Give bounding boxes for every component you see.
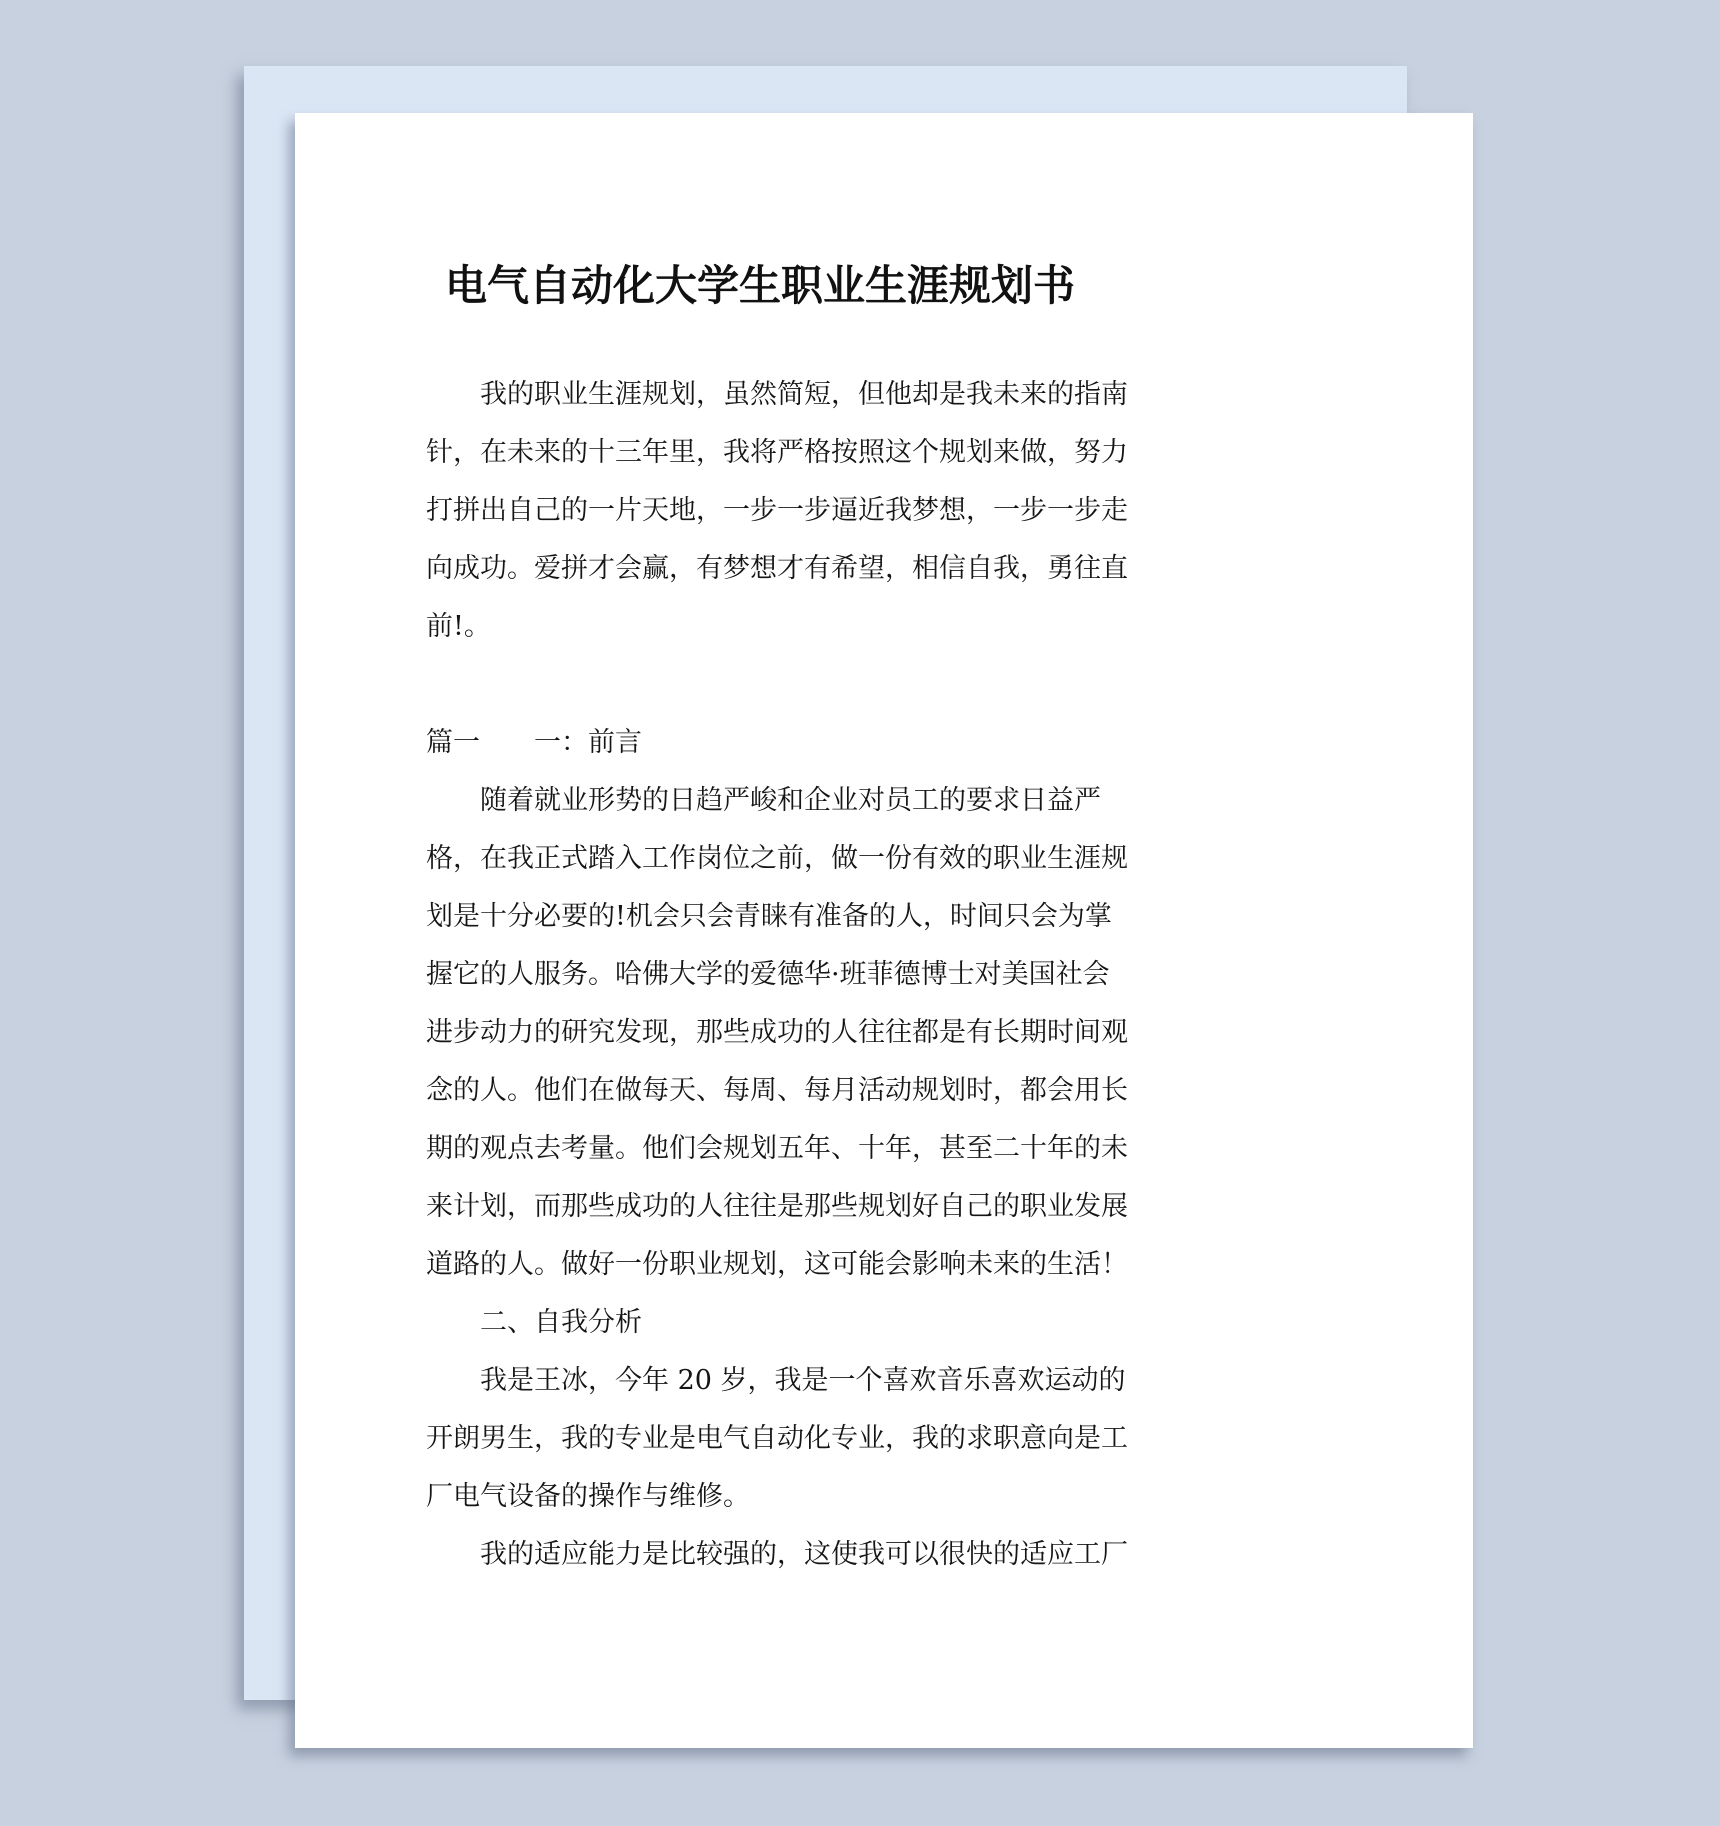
text-line: 二、自我分析 bbox=[426, 1294, 1094, 1352]
document-page: 电气自动化大学生职业生涯规划书 我的职业生涯规划，虽然简短，但他却是我未来的指南… bbox=[295, 113, 1473, 1748]
text-line: 随着就业形势的日趋严峻和企业对员工的要求日益严 bbox=[426, 772, 1094, 830]
text-line: 进步动力的研究发现，那些成功的人往往都是有长期时间观 bbox=[426, 1004, 1094, 1062]
text-line: 篇一 一：前言 bbox=[426, 714, 1094, 772]
text-line: 划是十分必要的!机会只会青睐有准备的人，时间只会为掌 bbox=[426, 888, 1094, 946]
text-line: 格，在我正式踏入工作岗位之前，做一份有效的职业生涯规 bbox=[426, 830, 1094, 888]
text-line: 厂电气设备的操作与维修。 bbox=[426, 1468, 1094, 1526]
text-line: 期的观点去考量。他们会规划五年、十年，甚至二十年的未 bbox=[426, 1120, 1094, 1178]
text-line: 开朗男生，我的专业是电气自动化专业，我的求职意向是工 bbox=[426, 1410, 1094, 1468]
text-line: 前!。 bbox=[426, 598, 1094, 656]
text-line: 来计划，而那些成功的人往往是那些规划好自己的职业发展 bbox=[426, 1178, 1094, 1236]
text-line: 针，在未来的十三年里，我将严格按照这个规划来做，努力 bbox=[426, 424, 1094, 482]
text-line: 握它的人服务。哈佛大学的爱德华·班菲德博士对美国社会 bbox=[426, 946, 1094, 1004]
blank-line bbox=[426, 656, 1094, 714]
document-title: 电气自动化大学生职业生涯规划书 bbox=[426, 251, 1094, 321]
text-line: 道路的人。做好一份职业规划，这可能会影响未来的生活！ bbox=[426, 1236, 1094, 1294]
text-line: 向成功。爱拼才会赢，有梦想才有希望，相信自我，勇往直 bbox=[426, 540, 1094, 598]
text-line: 念的人。他们在做每天、每周、每月活动规划时，都会用长 bbox=[426, 1062, 1094, 1120]
text-line: 我的适应能力是比较强的，这使我可以很快的适应工厂 bbox=[426, 1526, 1094, 1584]
text-line: 我的职业生涯规划，虽然简短，但他却是我未来的指南 bbox=[426, 366, 1094, 424]
text-line: 打拼出自己的一片天地，一步一步逼近我梦想，一步一步走 bbox=[426, 482, 1094, 540]
document-lines: 我的职业生涯规划，虽然简短，但他却是我未来的指南针，在未来的十三年里，我将严格按… bbox=[426, 366, 1094, 1584]
text-line: 我是王冰，今年 20 岁，我是一个喜欢音乐喜欢运动的 bbox=[426, 1352, 1094, 1410]
